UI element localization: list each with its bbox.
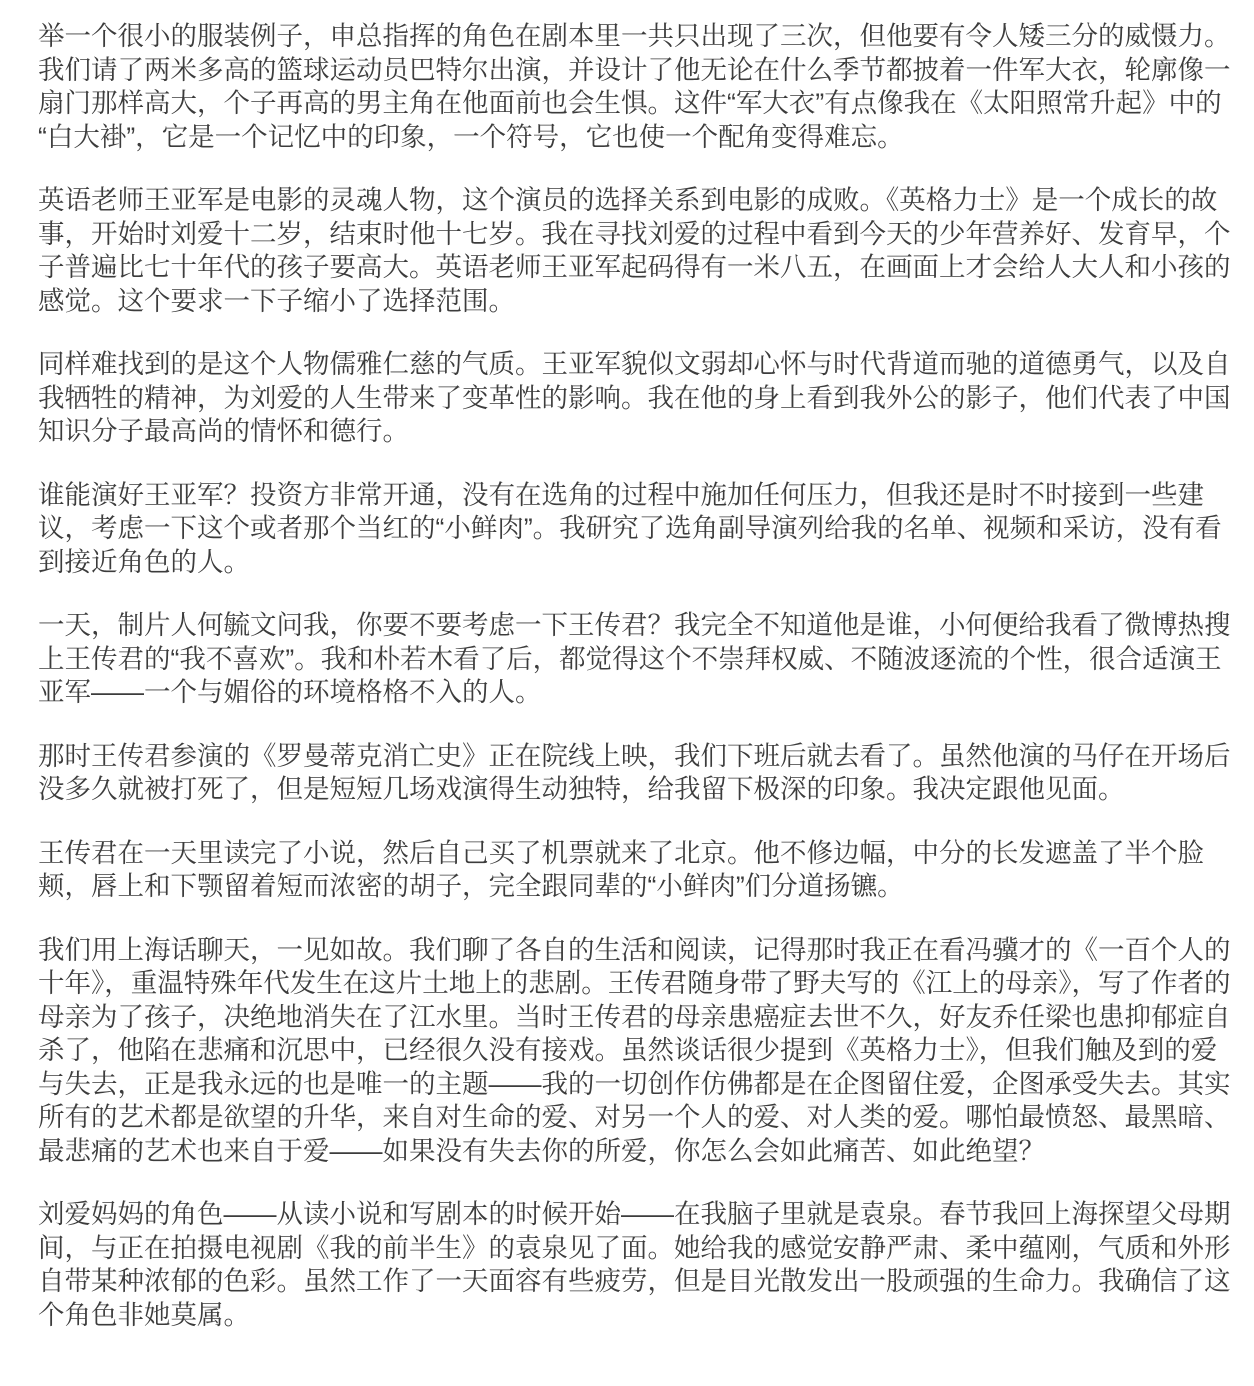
paragraph: 举一个很小的服装例子，申总指挥的角色在剧本里一共只出现了三次，但他要有令人矮三分… xyxy=(38,20,1231,154)
paragraph: 一天，制片人何毓文问我，你要不要考虑一下王传君？我完全不知道他是谁，小何便给我看… xyxy=(38,609,1231,710)
paragraph: 英语老师王亚军是电影的灵魂人物，这个演员的选择关系到电影的成败。《英格力士》是一… xyxy=(38,184,1231,318)
paragraph: 刘爱妈妈的角色——从读小说和写剧本的时候开始——在我脑子里就是袁泉。春节我回上海… xyxy=(38,1198,1231,1332)
paragraph: 谁能演好王亚军？投资方非常开通，没有在选角的过程中施加任何压力，但我还是时不时接… xyxy=(38,479,1231,580)
paragraph: 那时王传君参演的《罗曼蒂克消亡史》正在院线上映，我们下班后就去看了。虽然他演的马… xyxy=(38,740,1231,807)
paragraph: 同样难找到的是这个人物儒雅仁慈的气质。王亚军貌似文弱却心怀与时代背道而驰的道德勇… xyxy=(38,348,1231,449)
article-body: 举一个很小的服装例子，申总指挥的角色在剧本里一共只出现了三次，但他要有令人矮三分… xyxy=(38,20,1231,1332)
document-page: 举一个很小的服装例子，申总指挥的角色在剧本里一共只出现了三次，但他要有令人矮三分… xyxy=(0,0,1254,1386)
paragraph: 王传君在一天里读完了小说，然后自己买了机票就来了北京。他不修边幅，中分的长发遮盖… xyxy=(38,837,1231,904)
paragraph: 我们用上海话聊天，一见如故。我们聊了各自的生活和阅读，记得那时我正在看冯骥才的《… xyxy=(38,934,1231,1169)
